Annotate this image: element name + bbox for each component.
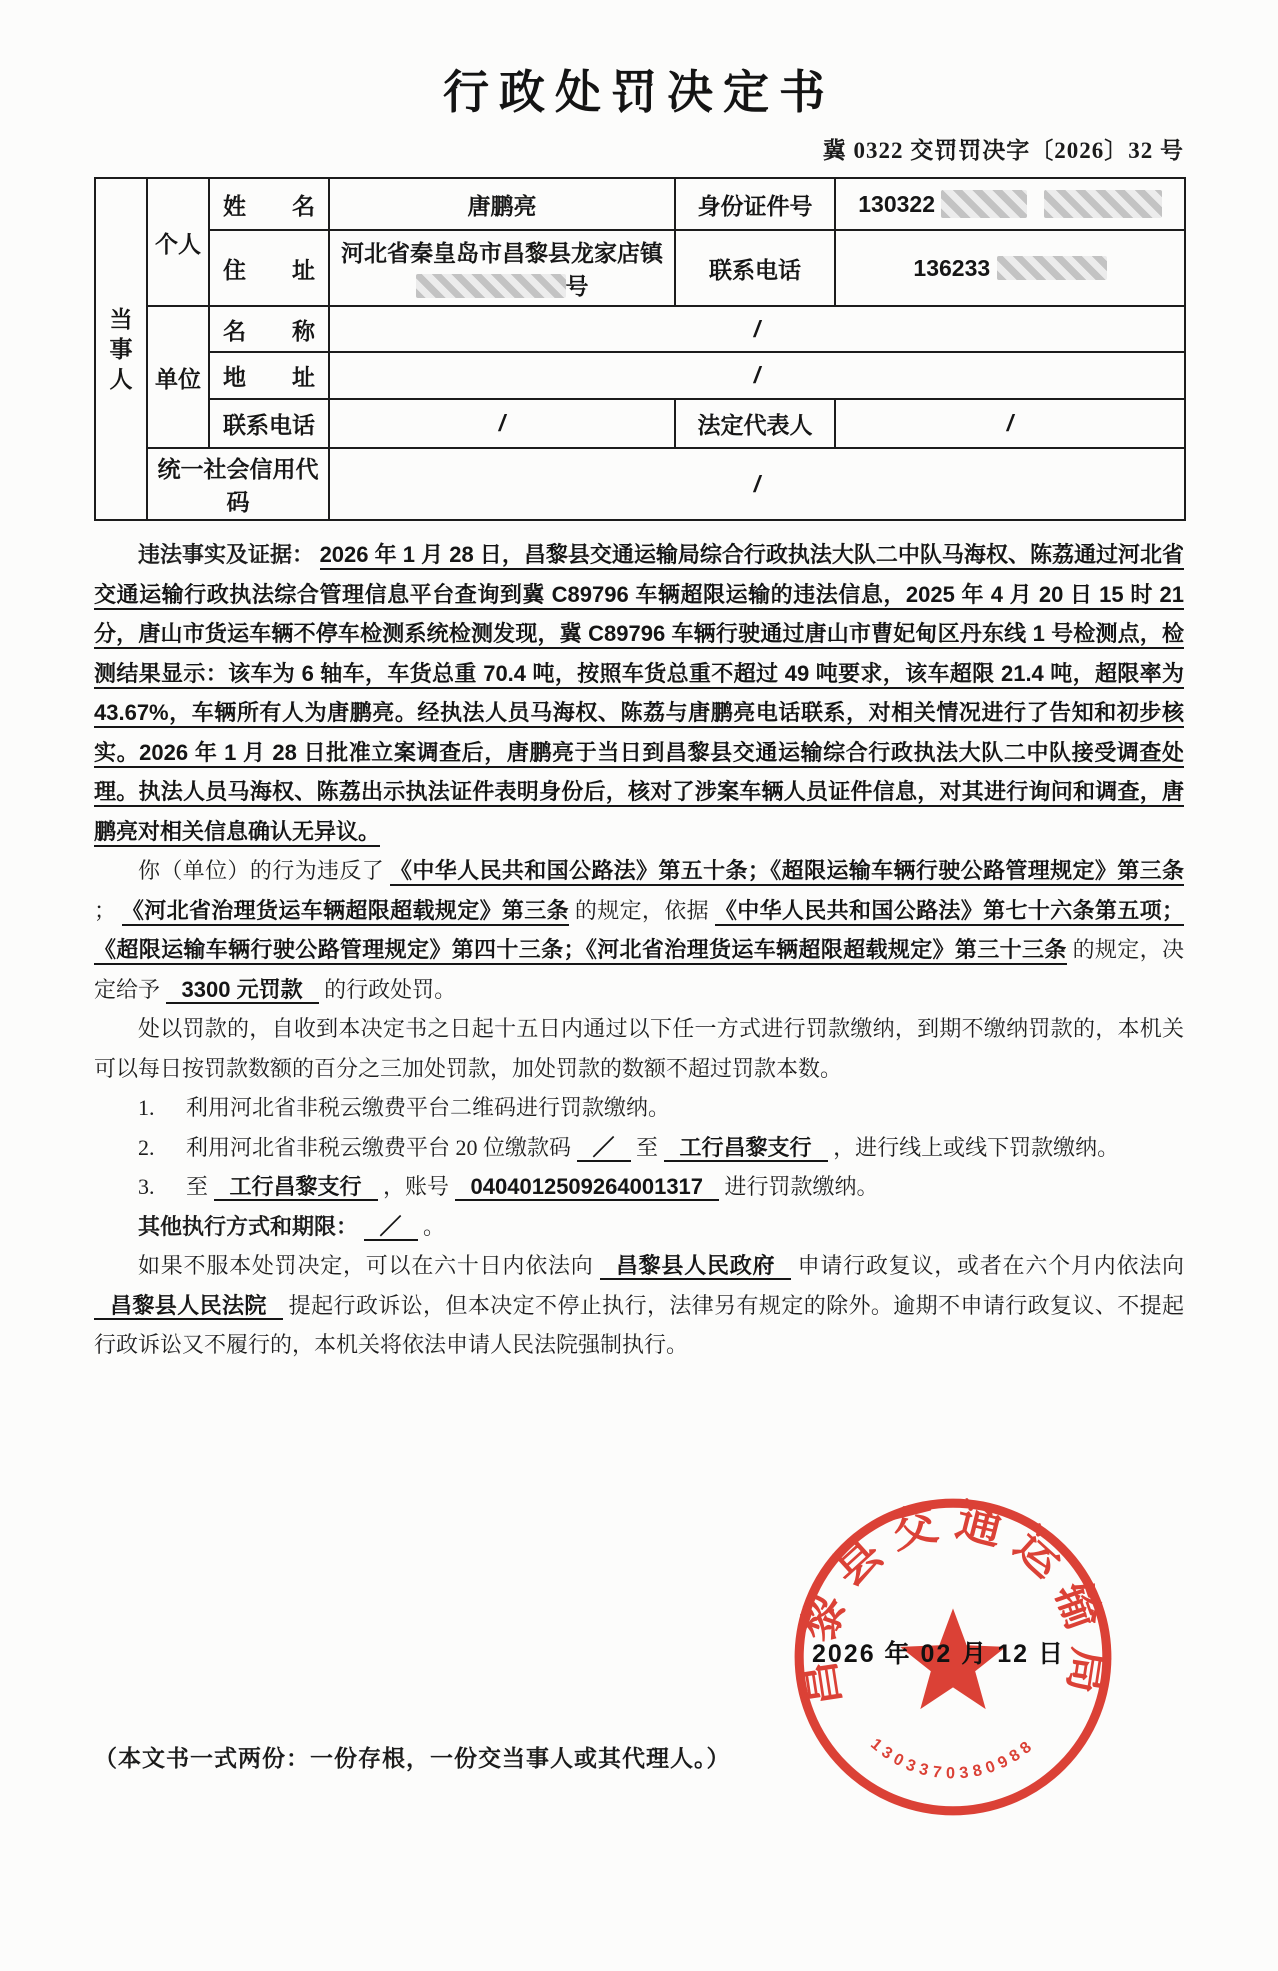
unit-name-label: 名 称 [209, 306, 329, 352]
court-name: 昌黎县人民法院 [94, 1293, 283, 1320]
unit-phone-value: / [329, 399, 675, 448]
decision-paragraph: 你（单位）的行为违反了 《中华人民共和国公路法》第五十条；《超限运输车辆行驶公路… [94, 851, 1184, 1009]
penalty-decision-document: 行政处罚决定书 冀 0322 交罚罚决字〔2026〕32 号 当事人 个人 姓 … [0, 0, 1278, 1971]
address-value: 河北省秦皇岛市昌黎县龙家店镇号 [329, 230, 675, 306]
payment-item-3: 3. 至 工行昌黎支行 ，账号 0404012509264001317 进行罚款… [94, 1167, 1184, 1207]
side-header-party: 当事人 [95, 178, 147, 520]
id-value: 130322 [835, 178, 1185, 230]
table-row: 住 址 河北省秦皇岛市昌黎县龙家店镇号 联系电话 136233 [95, 230, 1185, 306]
document-body: 违法事实及证据： 2026 年 1 月 28 日，昌黎县交通运输局综合行政执法大… [94, 535, 1184, 1365]
name-value: 唐鹏亮 [329, 178, 675, 230]
payment-item-2: 2. 利用河北省非税云缴费平台 20 位缴款码 ／ 至 工行昌黎支行 ，进行线上… [94, 1128, 1184, 1168]
redaction-mosaic [941, 190, 1027, 218]
penalty-amount: 3300 元罚款 [166, 977, 319, 1004]
payment-intro: 处以罚款的，自收到本决定书之日起十五日内通过以下任一方式进行罚款缴纳，到期不缴纳… [94, 1009, 1184, 1088]
id-label: 身份证件号 [675, 178, 835, 230]
bank-name: 工行昌黎支行 [664, 1135, 828, 1162]
bank-name: 工行昌黎支行 [214, 1174, 378, 1201]
violated-laws-1: 《中华人民共和国公路法》第五十条；《超限运输车辆行驶公路管理规定》第三条 [390, 858, 1184, 886]
name-label: 姓 名 [209, 178, 329, 230]
copies-footnote: （本文书一式两份：一份存根，一份交当事人或其代理人。） [94, 1740, 731, 1773]
unit-name-value: / [329, 306, 1185, 352]
unit-address-label: 地 址 [209, 352, 329, 399]
redaction-mosaic [1044, 190, 1162, 218]
facts-text: 2026 年 1 月 28 日，昌黎县交通运输局综合行政执法大队二中队马海权、陈… [94, 542, 1184, 847]
unit-phone-label: 联系电话 [209, 399, 329, 448]
legal-rep-label: 法定代表人 [675, 399, 835, 448]
appeal-paragraph: 如果不服本处罚决定，可以在六十日内依法向 昌黎县人民政府 申请行政复议，或者在六… [94, 1246, 1184, 1365]
decision-date: 2026 年 02 月 12 日 [812, 1634, 1065, 1670]
phone-label: 联系电话 [675, 230, 835, 306]
doc-number: 冀 0322 交罚罚决字〔2026〕32 号 [94, 132, 1184, 165]
table-row: 单位 名 称 / [95, 306, 1185, 352]
credit-code-label: 统一社会信用代码 [147, 448, 329, 520]
table-row: 地 址 / [95, 352, 1185, 399]
facts-paragraph: 违法事实及证据： 2026 年 1 月 28 日，昌黎县交通运输局综合行政执法大… [94, 535, 1184, 851]
party-info-table: 当事人 个人 姓 名 唐鹏亮 身份证件号 130322 住 址 河北省秦皇岛市昌… [94, 177, 1186, 521]
page-title: 行政处罚决定书 [94, 0, 1184, 122]
payment-code-blank: ／ [577, 1135, 631, 1162]
table-row: 联系电话 / 法定代表人 / [95, 399, 1185, 448]
other-execution-blank: ／ [364, 1214, 418, 1241]
group-person: 个人 [147, 178, 209, 306]
phone-value: 136233 [835, 230, 1185, 306]
credit-code-value: / [329, 448, 1185, 520]
review-authority: 昌黎县人民政府 [600, 1253, 791, 1280]
svg-text:1303370380988: 1303370380988 [867, 1735, 1039, 1783]
facts-label: 违法事实及证据： [138, 542, 314, 567]
table-row: 统一社会信用代码 / [95, 448, 1185, 520]
seal-organization-text: 昌黎县交通运输局 [790, 1494, 1116, 1710]
address-label: 住 址 [209, 230, 329, 306]
svg-text:昌黎县交通运输局: 昌黎县交通运输局 [790, 1494, 1116, 1710]
group-unit: 单位 [147, 306, 209, 448]
other-execution: 其他执行方式和期限： ／ 。 [94, 1207, 1184, 1247]
unit-address-value: / [329, 352, 1185, 399]
bank-account-number: 0404012509264001317 [455, 1174, 719, 1201]
redaction-mosaic [997, 256, 1107, 280]
redaction-mosaic [416, 274, 566, 298]
payment-item-1: 1. 利用河北省非税云缴费平台二维码进行罚款缴纳。 [94, 1088, 1184, 1128]
violated-laws-2: 《河北省治理货运车辆超限超载规定》第三条 [122, 898, 569, 926]
table-row: 当事人 个人 姓 名 唐鹏亮 身份证件号 130322 [95, 178, 1185, 230]
legal-rep-value: / [835, 399, 1185, 448]
seal-serial-number: 1303370380988 [867, 1735, 1039, 1783]
